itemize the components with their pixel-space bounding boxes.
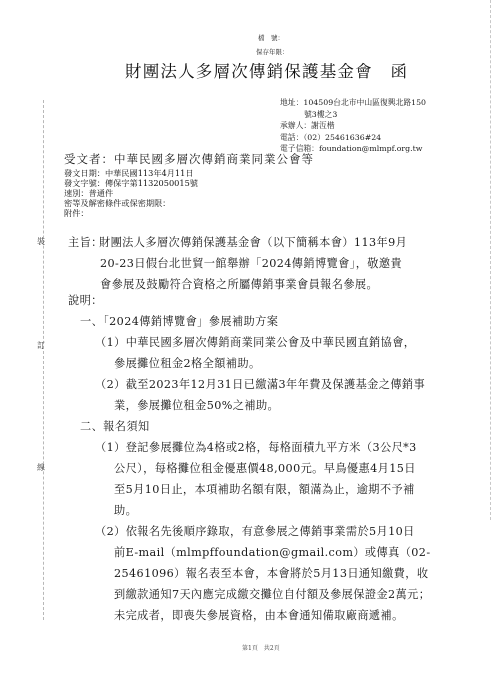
section-1-heading: 一、「2024傳銷博覽會」參展補助方案 — [80, 311, 278, 332]
item-line: 前E-mail（mlmpffoundation@gmail.com）或傳真（02… — [95, 542, 431, 563]
issue-date: 發文日期：中華民國113年4月11日 — [64, 168, 198, 178]
subject-line: 會參展及鼓勵符合資格之所屬傳銷事業會員報名參展。 — [99, 274, 407, 295]
document-meta: 發文日期：中華民國113年4月11日 發文字號：傳保字第1132050015號 … — [64, 168, 198, 218]
item-line: 公尺），每格攤位租金優惠價48,000元。早鳥優惠4月15日 — [95, 458, 417, 479]
attachment: 附件： — [64, 208, 198, 218]
recipient: 受文者：中華民國多層次傳銷商業同業公會等 — [64, 151, 314, 167]
item-line: 到繳款通知7天內應完成繳交攤位自付額及參展保證金2萬元； — [95, 584, 431, 605]
address-line-2: 號3樓之3 — [280, 109, 426, 121]
file-no-label: 檔 號： — [258, 33, 284, 42]
sender-info: 地址：104509台北市中山區復興北路150 號3樓之3 承辦人：謝沍楷 電話：… — [280, 97, 426, 155]
page-indicator: 第1頁 共2頁 — [242, 643, 280, 652]
subject-line: 20-23日假台北世貿一館舉辦「2024傳銷博覽會」，敬邀貴 — [99, 253, 407, 274]
binding-mark-xian: 線 — [37, 462, 45, 473]
section-2-item-2: （2）依報名先後順序錄取，有意參展之傳銷事業需於5月10日 前E-mail（ml… — [95, 521, 431, 626]
section-2-item-1: （1）登記參展攤位為4格或2格，每格面積九平方米（3公尺*3 公尺），每格攤位租… — [95, 437, 417, 521]
item-line: （2）截至2023年12月31日已繳滿3年年費及保護基金之傳銷事 — [95, 374, 425, 395]
item-line: 至5月10日止，本項補助名額有限，額滿為止，逾期不予補 — [95, 479, 417, 500]
section-1-item-1: （1）中華民國多層次傳銷商業同業公會及中華民國直銷協會， 參展攤位租金2格全額補… — [95, 332, 415, 374]
document-number: 發文字號：傳保字第1132050015號 — [64, 178, 198, 188]
item-line: 未完成者，即喪失參展資格，由本會通知備取廠商遞補。 — [95, 605, 431, 626]
section-1-item-2: （2）截至2023年12月31日已繳滿3年年費及保護基金之傳銷事 業，參展攤位租… — [95, 374, 425, 416]
subject-text: 財團法人多層次傳銷保護基金會（以下簡稱本會）113年9月 20-23日假台北世貿… — [99, 232, 407, 295]
binding-line — [43, 100, 44, 620]
item-line: 業，參展攤位租金50%之補助。 — [95, 395, 425, 416]
item-line: （1）中華民國多層次傳銷商業同業公會及中華民國直銷協會， — [95, 332, 415, 353]
secrecy-level: 密等及解密條件或保密期限： — [64, 198, 198, 208]
phone: 電話：（02）25461636#24 — [280, 132, 426, 144]
item-line: （2）依報名先後順序錄取，有意參展之傳銷事業需於5月10日 — [95, 521, 431, 542]
explanation-label: 說明： — [68, 290, 103, 311]
binding-mark-zhuang: 裝 — [37, 236, 45, 247]
binding-mark-ding: 訂 — [37, 340, 45, 351]
contact-person: 承辦人：謝沍楷 — [280, 120, 426, 132]
document-title: 財團法人多層次傳銷保護基金會 函 — [125, 58, 408, 82]
delivery-speed: 速別：普通件 — [64, 188, 198, 198]
subject-label: 主旨： — [68, 232, 103, 253]
section-2-heading: 二、報名須知 — [80, 416, 150, 437]
edge-line — [490, 0, 491, 520]
item-line: 助。 — [95, 500, 417, 521]
item-line: 參展攤位租金2格全額補助。 — [95, 353, 415, 374]
address-line-1: 地址：104509台北市中山區復興北路150 — [280, 97, 426, 109]
item-line: 25461096）報名表至本會，本會將於5月13日通知繳費，收 — [95, 563, 431, 584]
retention-label: 保存年限： — [256, 47, 289, 56]
subject-line: 財團法人多層次傳銷保護基金會（以下簡稱本會）113年9月 — [99, 232, 407, 253]
item-line: （1）登記參展攤位為4格或2格，每格面積九平方米（3公尺*3 — [95, 437, 417, 458]
